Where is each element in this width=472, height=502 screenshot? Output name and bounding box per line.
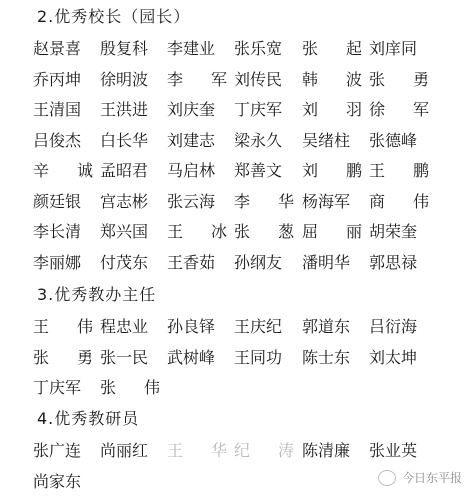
person-name: 陈清廉 (302, 438, 362, 461)
person-name: 丁庆军 (33, 375, 93, 398)
person-name: 颜廷银 (33, 189, 93, 212)
person-name: 吴绪柱 (302, 128, 362, 151)
name-row: 王清国王洪进刘庆奎丁庆军刘羽徐军 (33, 97, 472, 121)
person-name: 郑善文 (234, 158, 294, 181)
name-row: 王伟程忠业孙良铎王庆纪郭道东吕衍海 (33, 314, 472, 338)
person-name: 程忠业 (100, 314, 160, 337)
person-name: 白长华 (100, 128, 160, 151)
person-name: 徐军 (369, 97, 429, 120)
name-row: 丁庆军张伟 (33, 375, 472, 399)
person-name: 张起 (302, 36, 362, 59)
person-name: 郑兴国 (100, 219, 160, 242)
person-name: 王冰 (167, 219, 227, 242)
person-name: 孙良铎 (167, 314, 227, 337)
person-name: 张广连 (33, 438, 93, 461)
person-name: 孟昭君 (100, 158, 160, 181)
person-name: 商伟 (369, 189, 429, 212)
person-name: 张云海 (167, 189, 227, 212)
person-name: 韩波 (302, 67, 362, 90)
person-name: 赵景喜 (33, 36, 93, 59)
person-name: 张德峰 (369, 128, 429, 151)
person-name: 杨海军 (302, 189, 362, 212)
watermark: 今日东平报 (378, 469, 462, 486)
person-name: 刘庆奎 (167, 97, 227, 120)
person-name: 张一民 (100, 345, 160, 368)
person-name: 李丽娜 (33, 250, 93, 273)
person-name: 武树峰 (167, 345, 227, 368)
person-name: 付茂东 (100, 250, 160, 273)
person-name: 辛诚 (33, 158, 93, 181)
name-row: 李长清郑兴国王冰张葱屈丽胡荣奎 (33, 219, 472, 243)
person-name: 吕俊杰 (33, 128, 93, 151)
person-name: 孙纲友 (234, 250, 294, 273)
person-name: 刘传民 (234, 67, 294, 90)
person-name: 尚丽红 (100, 438, 160, 461)
wechat-icon (378, 470, 396, 486)
person-name: 李华 (234, 189, 294, 212)
person-name: 张葱 (234, 219, 294, 242)
name-row: 赵景喜殷复科李建业张乐宽张起刘庠同 (33, 36, 472, 60)
person-name: 张业英 (369, 438, 429, 461)
person-name: 乔丙坤 (33, 67, 93, 90)
person-name: 刘鹏 (302, 158, 362, 181)
name-row: 吕俊杰白长华刘建志梁永久吴绪柱张德峰 (33, 128, 472, 152)
person-name: 王伟 (33, 314, 93, 337)
person-name: 屈丽 (302, 219, 362, 242)
person-name: 王清国 (33, 97, 93, 120)
person-name: 陈士东 (302, 345, 362, 368)
person-name: 郭思禄 (369, 250, 429, 273)
person-name: 宫志彬 (100, 189, 160, 212)
person-name: 丁庆军 (234, 97, 294, 120)
section-heading: 2.优秀校长（园长） (37, 4, 190, 27)
person-name: 吕衍海 (369, 314, 429, 337)
person-name: 刘建志 (167, 128, 227, 151)
person-name: 尚家东 (33, 469, 93, 492)
person-name: 张勇 (369, 67, 429, 90)
name-row: 乔丙坤徐明波李军刘传民韩波张勇 (33, 67, 472, 91)
person-name: 殷复科 (100, 36, 160, 59)
person-name: 纪涛 (234, 438, 294, 461)
person-name: 李军 (167, 67, 227, 90)
person-name: 刘太坤 (369, 345, 429, 368)
name-row: 张广连尚丽红王华纪涛陈清廉张业英 (33, 438, 472, 462)
person-name: 李建业 (167, 36, 227, 59)
person-name: 王洪进 (100, 97, 160, 120)
watermark-text: 今日东平报 (402, 469, 462, 486)
person-name: 潘明华 (302, 250, 362, 273)
section-heading: 3.优秀教办主任 (37, 282, 156, 305)
person-name: 王香茹 (167, 250, 227, 273)
person-name: 王鹏 (369, 158, 429, 181)
person-name: 刘庠同 (369, 36, 429, 59)
person-name: 刘羽 (302, 97, 362, 120)
person-name: 郭道东 (302, 314, 362, 337)
person-name: 王庆纪 (234, 314, 294, 337)
person-name: 马启林 (167, 158, 227, 181)
person-name: 胡荣奎 (369, 219, 429, 242)
name-row: 李丽娜付茂东王香茹孙纲友潘明华郭思禄 (33, 250, 472, 274)
person-name: 王华 (167, 438, 227, 461)
name-row: 颜廷银宫志彬张云海李华杨海军商伟 (33, 189, 472, 213)
person-name: 王同功 (234, 345, 294, 368)
person-name: 张伟 (100, 375, 160, 398)
name-row: 张勇张一民武树峰王同功陈士东刘太坤 (33, 345, 472, 369)
person-name: 徐明波 (100, 67, 160, 90)
name-row: 辛诚孟昭君马启林郑善文刘鹏王鹏 (33, 158, 472, 182)
person-name: 张乐宽 (234, 36, 294, 59)
person-name: 张勇 (33, 345, 93, 368)
person-name: 李长清 (33, 219, 93, 242)
section-heading: 4.优秀教研员 (37, 406, 139, 429)
person-name: 梁永久 (234, 128, 294, 151)
